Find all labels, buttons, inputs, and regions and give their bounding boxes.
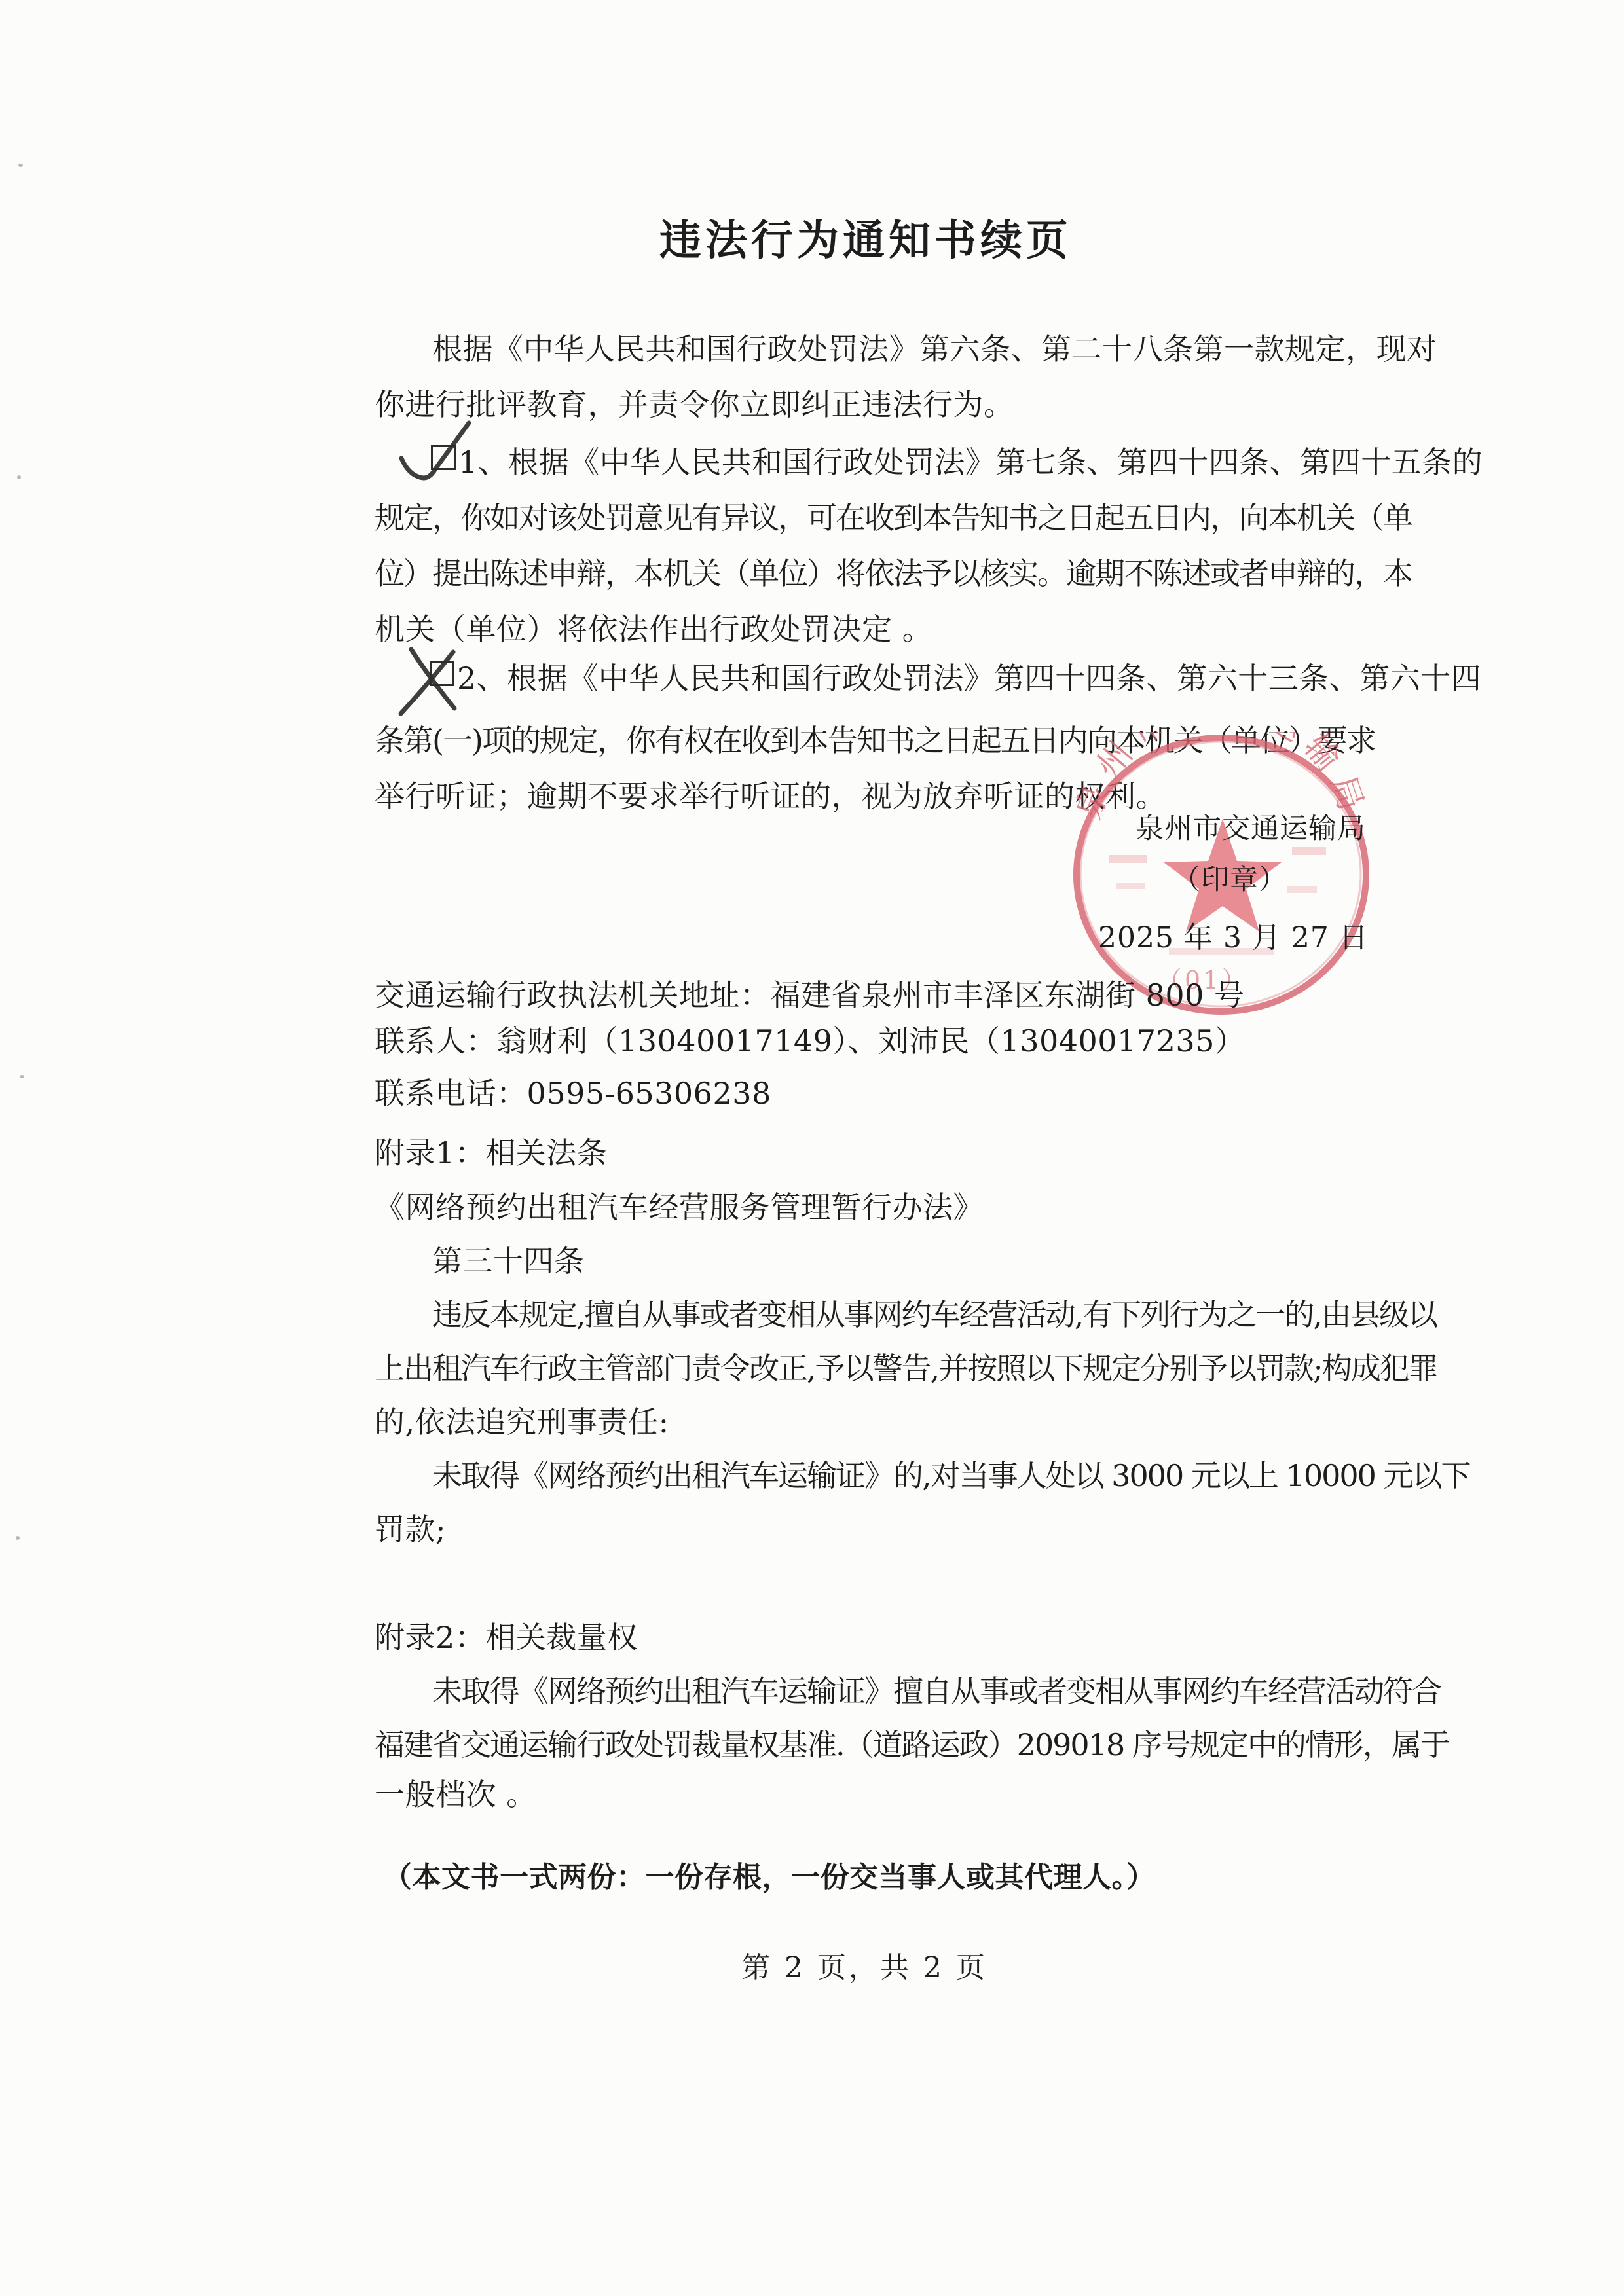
item2-text-1: 2、根据《中华人民共和国行政处罚法》第四十四条、第六十三条、第六十四 <box>457 660 1481 698</box>
appendix1-law-title: 《网络预约出租汽车经营服务管理暂行办法》 <box>375 1189 984 1227</box>
appendix2-line-1: 未取得《网络预约出租汽车运输证》擅自从事或者变相从事网约车经营活动符合 <box>432 1673 1441 1711</box>
item2-checkbox <box>430 661 454 686</box>
item1-line-4: 机关（单位）将依法作出行政处罚决定 。 <box>375 611 932 649</box>
item1-line-1: 1、根据《中华人民共和国行政处罚法》第七条、第四十四条、第四十五条的 <box>431 444 1483 482</box>
signature-seal-label: （印章） <box>1172 863 1287 898</box>
appendix1-line-5: 罚款; <box>375 1511 446 1549</box>
intro-line-2: 你进行批评教育，并责令你立即纠正违法行为。 <box>375 386 1014 424</box>
scan-speck <box>18 164 23 167</box>
contact-phone: 联系电话：0595-65306238 <box>375 1075 771 1113</box>
scan-speck <box>20 1075 24 1078</box>
item2-line-1: 2、根据《中华人民共和国行政处罚法》第四十四条、第六十三条、第六十四 <box>430 660 1481 698</box>
scan-speck <box>16 1536 20 1540</box>
appendix1-line-3: 的,依法追究刑事责任: <box>375 1404 669 1442</box>
appendix2-line-3: 一般档次 。 <box>375 1776 537 1814</box>
page-indicator: 第 2 页，共 2 页 <box>741 1950 987 1986</box>
signature-date: 2025 年 3 月 27 日 <box>1098 920 1369 956</box>
appendix1-line-2: 上出租汽车行政主管部门责令改正,予以警告,并按照以下规定分别予以罚款;构成犯罪 <box>375 1350 1437 1388</box>
item1-line-2: 规定，你如对该处罚意见有异议，可在收到本告知书之日起五日内，向本机关（单 <box>375 500 1412 538</box>
item2-line-3: 举行听证；逾期不要求举行听证的，视为放弃听证的权利。 <box>375 778 1166 816</box>
appendix1-line-1: 违反本规定,擅自从事或者变相从事网约车经营活动,有下列行为之一的,由县级以 <box>432 1296 1437 1334</box>
intro-line-1: 根据《中华人民共和国行政处罚法》第六条、第二十八条第一款规定，现对 <box>432 331 1437 369</box>
item1-checkbox <box>431 445 456 470</box>
appendix2-heading: 附录2：相关裁量权 <box>375 1619 638 1657</box>
contact-persons: 联系人：翁财利（13040017149）、刘沛民（13040017235） <box>375 1023 1245 1061</box>
scan-speck <box>17 475 21 479</box>
contact-address: 交通运输行政执法机关地址：福建省泉州市丰泽区东湖街 800 号 <box>375 977 1245 1015</box>
page-title: 违法行为通知书续页 <box>659 215 1072 267</box>
seal-ring-text: 泉州市交通运输局 <box>1071 732 1372 824</box>
copies-note: （本文书一式两份：一份存根，一份交当事人或其代理人。） <box>383 1859 1156 1895</box>
appendix1-line-4: 未取得《网络预约出租汽车运输证》的,对当事人处以 3000 元以上 10000 … <box>432 1457 1470 1495</box>
appendix1-article: 第三十四条 <box>432 1243 585 1281</box>
item1-line-3: 位）提出陈述申辩，本机关（单位）将依法予以核实。逾期不陈述或者申辩的，本 <box>375 555 1412 593</box>
scanned-notice-page: 违法行为通知书续页 根据《中华人民共和国行政处罚法》第六条、第二十八条第一款规定… <box>0 0 1624 2296</box>
appendix2-line-2: 福建省交通运输行政处罚裁量权基准.（道路运政）209018 序号规定中的情形，属… <box>375 1726 1449 1764</box>
appendix1-heading: 附录1：相关法条 <box>375 1135 607 1173</box>
signature-agency: 泉州市交通运输局 <box>1135 812 1366 847</box>
item1-text-1: 1、根据《中华人民共和国行政处罚法》第七条、第四十四条、第四十五条的 <box>458 444 1483 482</box>
